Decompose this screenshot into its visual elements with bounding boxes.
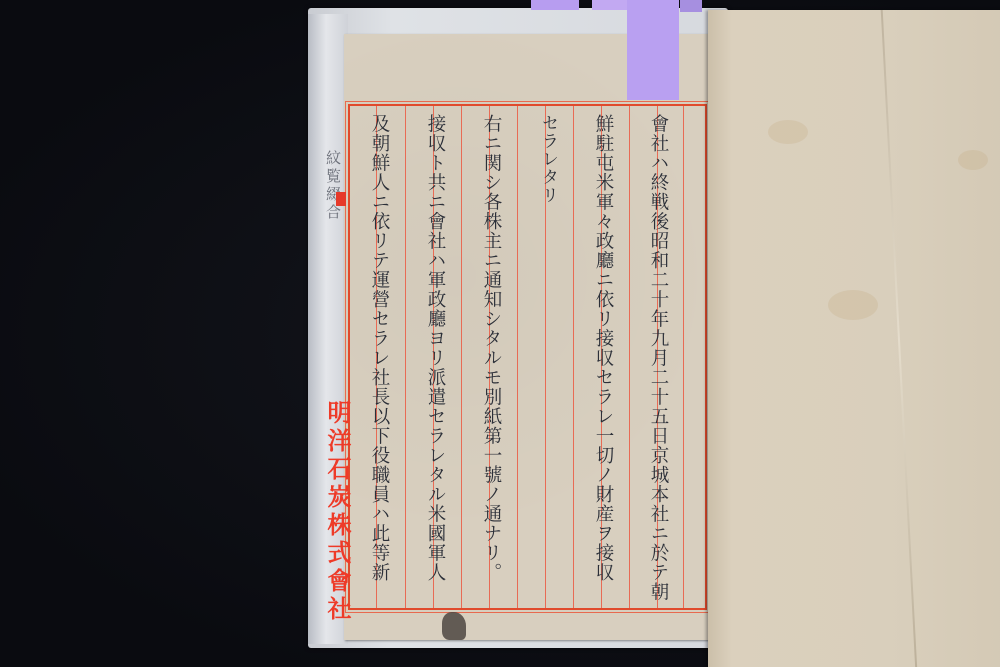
paper-stain (958, 150, 988, 170)
ribbon-bookmark (531, 0, 579, 10)
ribbon-bookmark (627, 0, 679, 100)
ribbon-bookmark (680, 0, 702, 12)
company-seal-stamp: 明洋石炭株式會社 (320, 400, 355, 624)
grid-line (629, 106, 630, 608)
text-column-4: 右ニ関シ各株主ニ通知シタルモ別紙第一號ノ通ナリ。 (466, 114, 500, 582)
grid-line (573, 106, 574, 608)
grid-line (683, 106, 684, 608)
document-page-left: 會社ハ終戦後昭和二十年九月二十五日京城本社ニ於テ朝 鮮駐屯米軍々政廳ニ依リ接収セ… (344, 34, 718, 640)
spine-label: 紋覧綴合 (323, 150, 344, 222)
ink-smudge (442, 612, 466, 640)
text-column-2: 鮮駐屯米軍々政廳ニ依リ接収セラレ一切ノ財産ヲ接収 (578, 114, 612, 582)
text-column-5: 接収ト共ニ會社ハ軍政廳ヨリ派遣セラレタル米國軍人 (410, 114, 444, 582)
text-column-6: 及朝鮮人ニ依リテ運營セラレ社長以下役職員ハ此等新 (354, 114, 388, 582)
paper-stain (768, 120, 808, 144)
grid-line (461, 106, 462, 608)
text-column-3: セラレタリ (522, 114, 556, 204)
paper-stain (828, 290, 878, 320)
document-page-right-blank (708, 10, 1000, 667)
grid-line (517, 106, 518, 608)
paper-crease (881, 10, 918, 667)
red-tab-mark (336, 192, 346, 206)
red-ruled-grid: 會社ハ終戦後昭和二十年九月二十五日京城本社ニ於テ朝 鮮駐屯米軍々政廳ニ依リ接収セ… (348, 104, 707, 610)
grid-line (405, 106, 406, 608)
text-column-1: 會社ハ終戦後昭和二十年九月二十五日京城本社ニ於テ朝 (633, 114, 667, 602)
